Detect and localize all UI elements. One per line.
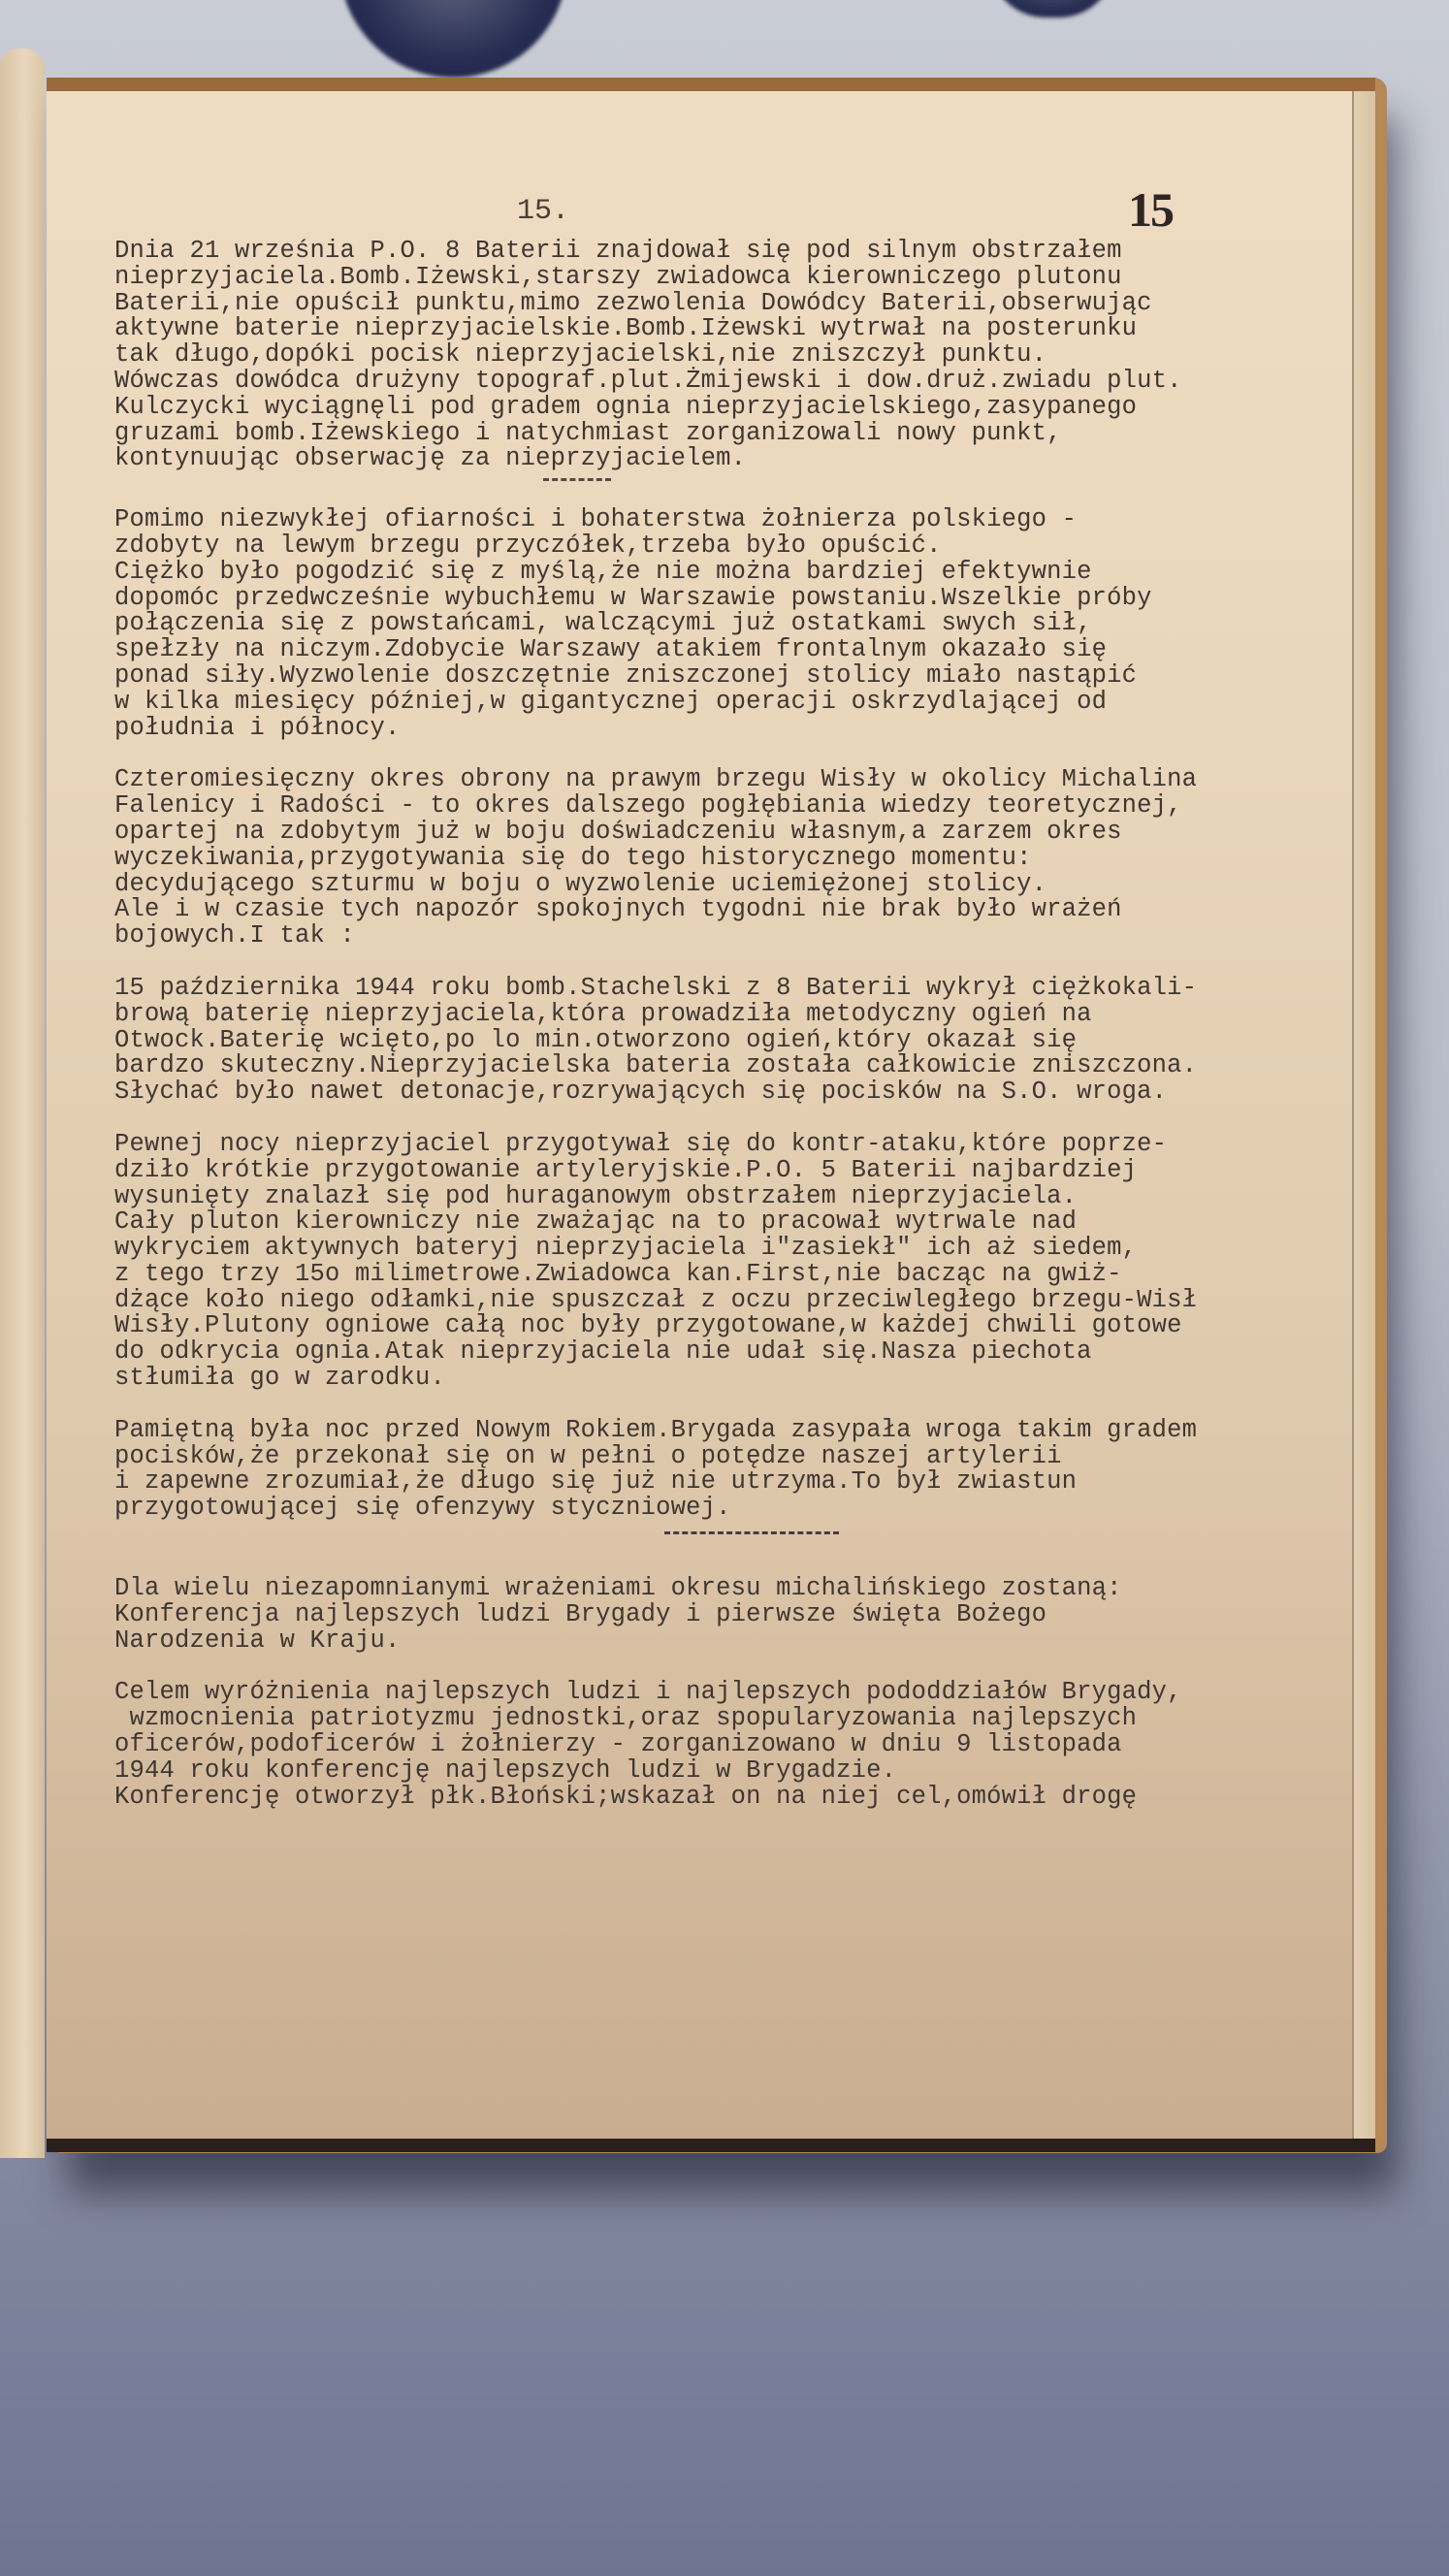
paragraph: 15 października 1944 roku bomb.Stachelsk… [114,976,1375,1106]
text-line: Pewnej nocy nieprzyjaciel przygotywał si… [114,1132,1375,1158]
text-line: Pomimo niezwykłej ofiarności i bohaterst… [114,507,1375,533]
text-line: Ale i w czasie tych napozór spokojnych t… [114,897,1375,923]
text-line: kontynuując obserwację za nieprzyjaciele… [114,446,1375,472]
text-line: spełzły na niczym.Zdobycie Warszawy atak… [114,637,1375,663]
text-line: pocisków,że przekonał się on w pełni o p… [114,1444,1375,1470]
text-line: i zapewne zrozumiał,że długo się już nie… [114,1469,1375,1496]
text-line: Celem wyróżnienia najlepszych ludzi i na… [114,1680,1375,1706]
text-line: Otwock.Baterię wcięto,po lo min.otworzon… [114,1028,1375,1054]
text-line: bardzo skuteczny.Nieprzyjacielska bateri… [114,1053,1375,1079]
text-line: Pamiętną była noc przed Nowym Rokiem.Bry… [114,1418,1375,1444]
background-object [339,0,567,78]
paragraph: Dla wielu niezapomnianymi wrażeniami okr… [114,1576,1375,1654]
text-line: wysunięty znalazł się pod huraganowym ob… [114,1184,1375,1210]
text-line: połączenia się z powstańcami, walczącymi… [114,611,1375,637]
paragraph: Pomimo niezwykłej ofiarności i bohaterst… [114,507,1375,741]
text-line: wykryciem aktywnych bateryj nieprzyjacie… [114,1236,1375,1262]
text-line: Wisły.Plutony ogniowe całą noc były przy… [114,1313,1375,1339]
previous-page-curl [0,48,45,2158]
text-line: przygotowującej się ofenzywy styczniowej… [114,1496,1375,1522]
page-number-stamped: 15 [1128,181,1173,238]
text-line: stłumiła go w zarodku. [114,1366,1375,1392]
text-line: Słychać było nawet detonacje,rozrywający… [114,1079,1375,1106]
paragraph: Dnia 21 września P.O. 8 Baterii znajdowa… [114,239,1375,472]
background-object [989,0,1115,17]
text-line: wzmocnienia patriotyzmu jednostki,oraz s… [114,1706,1375,1732]
text-line: Dnia 21 września P.O. 8 Baterii znajdowa… [114,239,1375,265]
document-body: Dnia 21 września P.O. 8 Baterii znajdowa… [114,239,1375,1836]
paragraph: Pewnej nocy nieprzyjaciel przygotywał si… [114,1132,1375,1392]
text-line: dopomóc przedwcześnie wybuchłemu w Warsz… [114,586,1375,612]
text-line: 1944 roku konferencję najlepszych ludzi … [114,1758,1375,1785]
text-line: gruzami bomb.Iżewskiego i natychmiast zo… [114,421,1375,447]
text-line: w kilka miesięcy później,w gigantycznej … [114,690,1375,716]
page-number-typed: 15. [517,195,569,228]
page-header: 15. 15 [47,174,1375,232]
paragraph: Czteromiesięczny okres obrony na prawym … [114,767,1375,950]
text-line: Falenicy i Radości - to okres dalszego p… [114,793,1375,820]
text-line: południa i północy. [114,716,1375,742]
text-line: Baterii,nie opuścił punktu,mimo zezwolen… [114,291,1375,317]
text-line: Konferencja najlepszych ludzi Brygady i … [114,1602,1375,1628]
text-line: Ciężko było pogodzić się z myślą,że nie … [114,560,1375,586]
text-line: Cały pluton kierowniczy nie zważając na … [114,1209,1375,1236]
text-line: Dla wielu niezapomnianymi wrażeniami okr… [114,1576,1375,1602]
text-line: z tego trzy 15o milimetrowe.Zwiadowca ka… [114,1262,1375,1288]
text-line: decydującego szturmu w boju o wyzwolenie… [114,872,1375,898]
text-line: ponad siły.Wyzwolenie doszczętnie zniszc… [114,663,1375,690]
text-line: bojowych.I tak : [114,923,1375,950]
paragraph: Celem wyróżnienia najlepszych ludzi i na… [114,1680,1375,1810]
text-line: Konferencję otworzył płk.Błoński;wskazał… [114,1785,1375,1811]
text-line: Wówczas dowódca drużyny topograf.plut.Żm… [114,369,1375,395]
text-line: nieprzyjaciela.Bomb.Iżewski,starszy zwia… [114,265,1375,291]
text-line: oficerów,podoficerów i żołnierzy - zorga… [114,1732,1375,1758]
document-page: 15. 15 Dnia 21 września P.O. 8 Baterii z… [47,78,1375,2139]
text-line: 15 października 1944 roku bomb.Stachelsk… [114,976,1375,1002]
text-line: dżące koło niego odłamki,nie spuszczał z… [114,1288,1375,1314]
page-bottom-edge [47,2139,1375,2152]
text-line: zdobyty na lewym brzegu przyczółek,trzeb… [114,533,1375,560]
text-line: opartej na zdobytym już w boju doświadcz… [114,820,1375,846]
text-line: do odkrycia ognia.Atak nieprzyjaciela ni… [114,1339,1375,1366]
text-line: aktywne baterie nieprzyjacielskie.Bomb.I… [114,316,1375,342]
section-separator [664,1531,839,1537]
text-line: tak długo,dopóki pocisk nieprzyjacielski… [114,342,1375,369]
paragraph: Pamiętną była noc przed Nowym Rokiem.Bry… [114,1418,1375,1522]
text-line: Czteromiesięczny okres obrony na prawym … [114,767,1375,793]
text-line: Narodzenia w Kraju. [114,1628,1375,1655]
text-line: brową baterię nieprzyjaciela,która prowa… [114,1002,1375,1028]
text-line: Kulczycki wyciągnęli pod gradem ognia ni… [114,395,1375,421]
text-line: dziło krótkie przygotowanie artyleryjski… [114,1158,1375,1184]
text-line: wyczekiwania,przygotywania się do tego h… [114,846,1375,872]
section-separator [543,478,611,484]
